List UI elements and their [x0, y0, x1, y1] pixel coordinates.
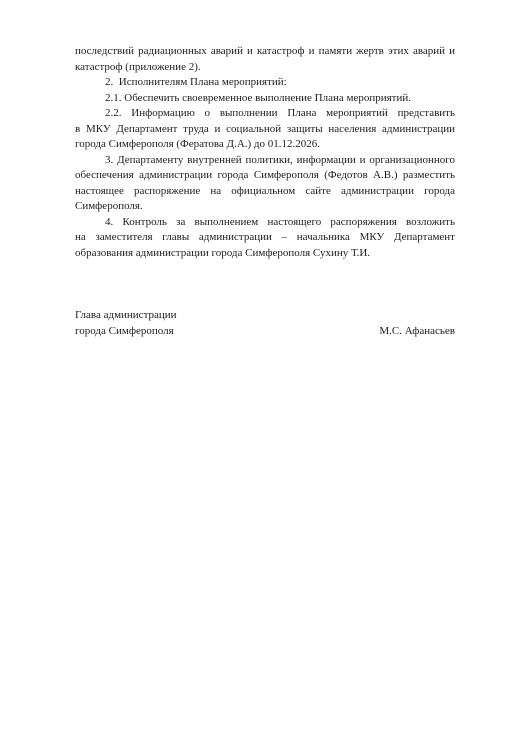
- paragraph: 2.2. Информацию о выполнении Плана мероп…: [75, 106, 455, 153]
- paragraph: 2.1. Обеспечить своевременное выполнение…: [75, 91, 455, 107]
- document-line: 3. Департаменту внутренней политики, инф…: [75, 153, 455, 169]
- document-line: образования администрации города Симферо…: [75, 246, 455, 262]
- signature-title: Глава администрации города Симферополя: [75, 308, 177, 339]
- signature-title-line1: Глава администрации: [75, 308, 177, 324]
- paragraph: 4. Контроль за выполнением настоящего ра…: [75, 215, 455, 262]
- paragraph: 2. Исполнителям Плана мероприятий:: [75, 75, 455, 91]
- document-line: катастроф (приложение 2).: [75, 60, 455, 76]
- paragraph: последствий радиационных аварий и катаст…: [75, 44, 455, 75]
- document-line: города Симферополя (Фератова Д.А.) до 01…: [75, 137, 455, 153]
- document-page: последствий радиационных аварий и катаст…: [0, 0, 529, 750]
- paragraph: 3. Департаменту внутренней политики, инф…: [75, 153, 455, 215]
- document-content: последствий радиационных аварий и катаст…: [0, 0, 529, 339]
- document-line: в МКУ Департамент труда и социальной защ…: [75, 122, 455, 138]
- document-body: последствий радиационных аварий и катаст…: [75, 44, 455, 261]
- document-line: обеспечения администрации города Симферо…: [75, 168, 455, 184]
- document-line: Симферополя.: [75, 199, 455, 215]
- document-line: последствий радиационных аварий и катаст…: [75, 44, 455, 60]
- signature-title-line2: города Симферополя: [75, 324, 177, 340]
- signature-name: М.С. Афанасьев: [379, 324, 455, 340]
- signature-block: Глава администрации города Симферополя М…: [75, 308, 455, 339]
- document-line: 2.2. Информацию о выполнении Плана мероп…: [75, 106, 455, 122]
- document-line: на заместителя главы администрации – нач…: [75, 230, 455, 246]
- document-line: настоящее распоряжение на официальном са…: [75, 184, 455, 200]
- document-line: 2.1. Обеспечить своевременное выполнение…: [75, 91, 455, 107]
- document-line: 2. Исполнителям Плана мероприятий:: [75, 75, 455, 91]
- document-line: 4. Контроль за выполнением настоящего ра…: [75, 215, 455, 231]
